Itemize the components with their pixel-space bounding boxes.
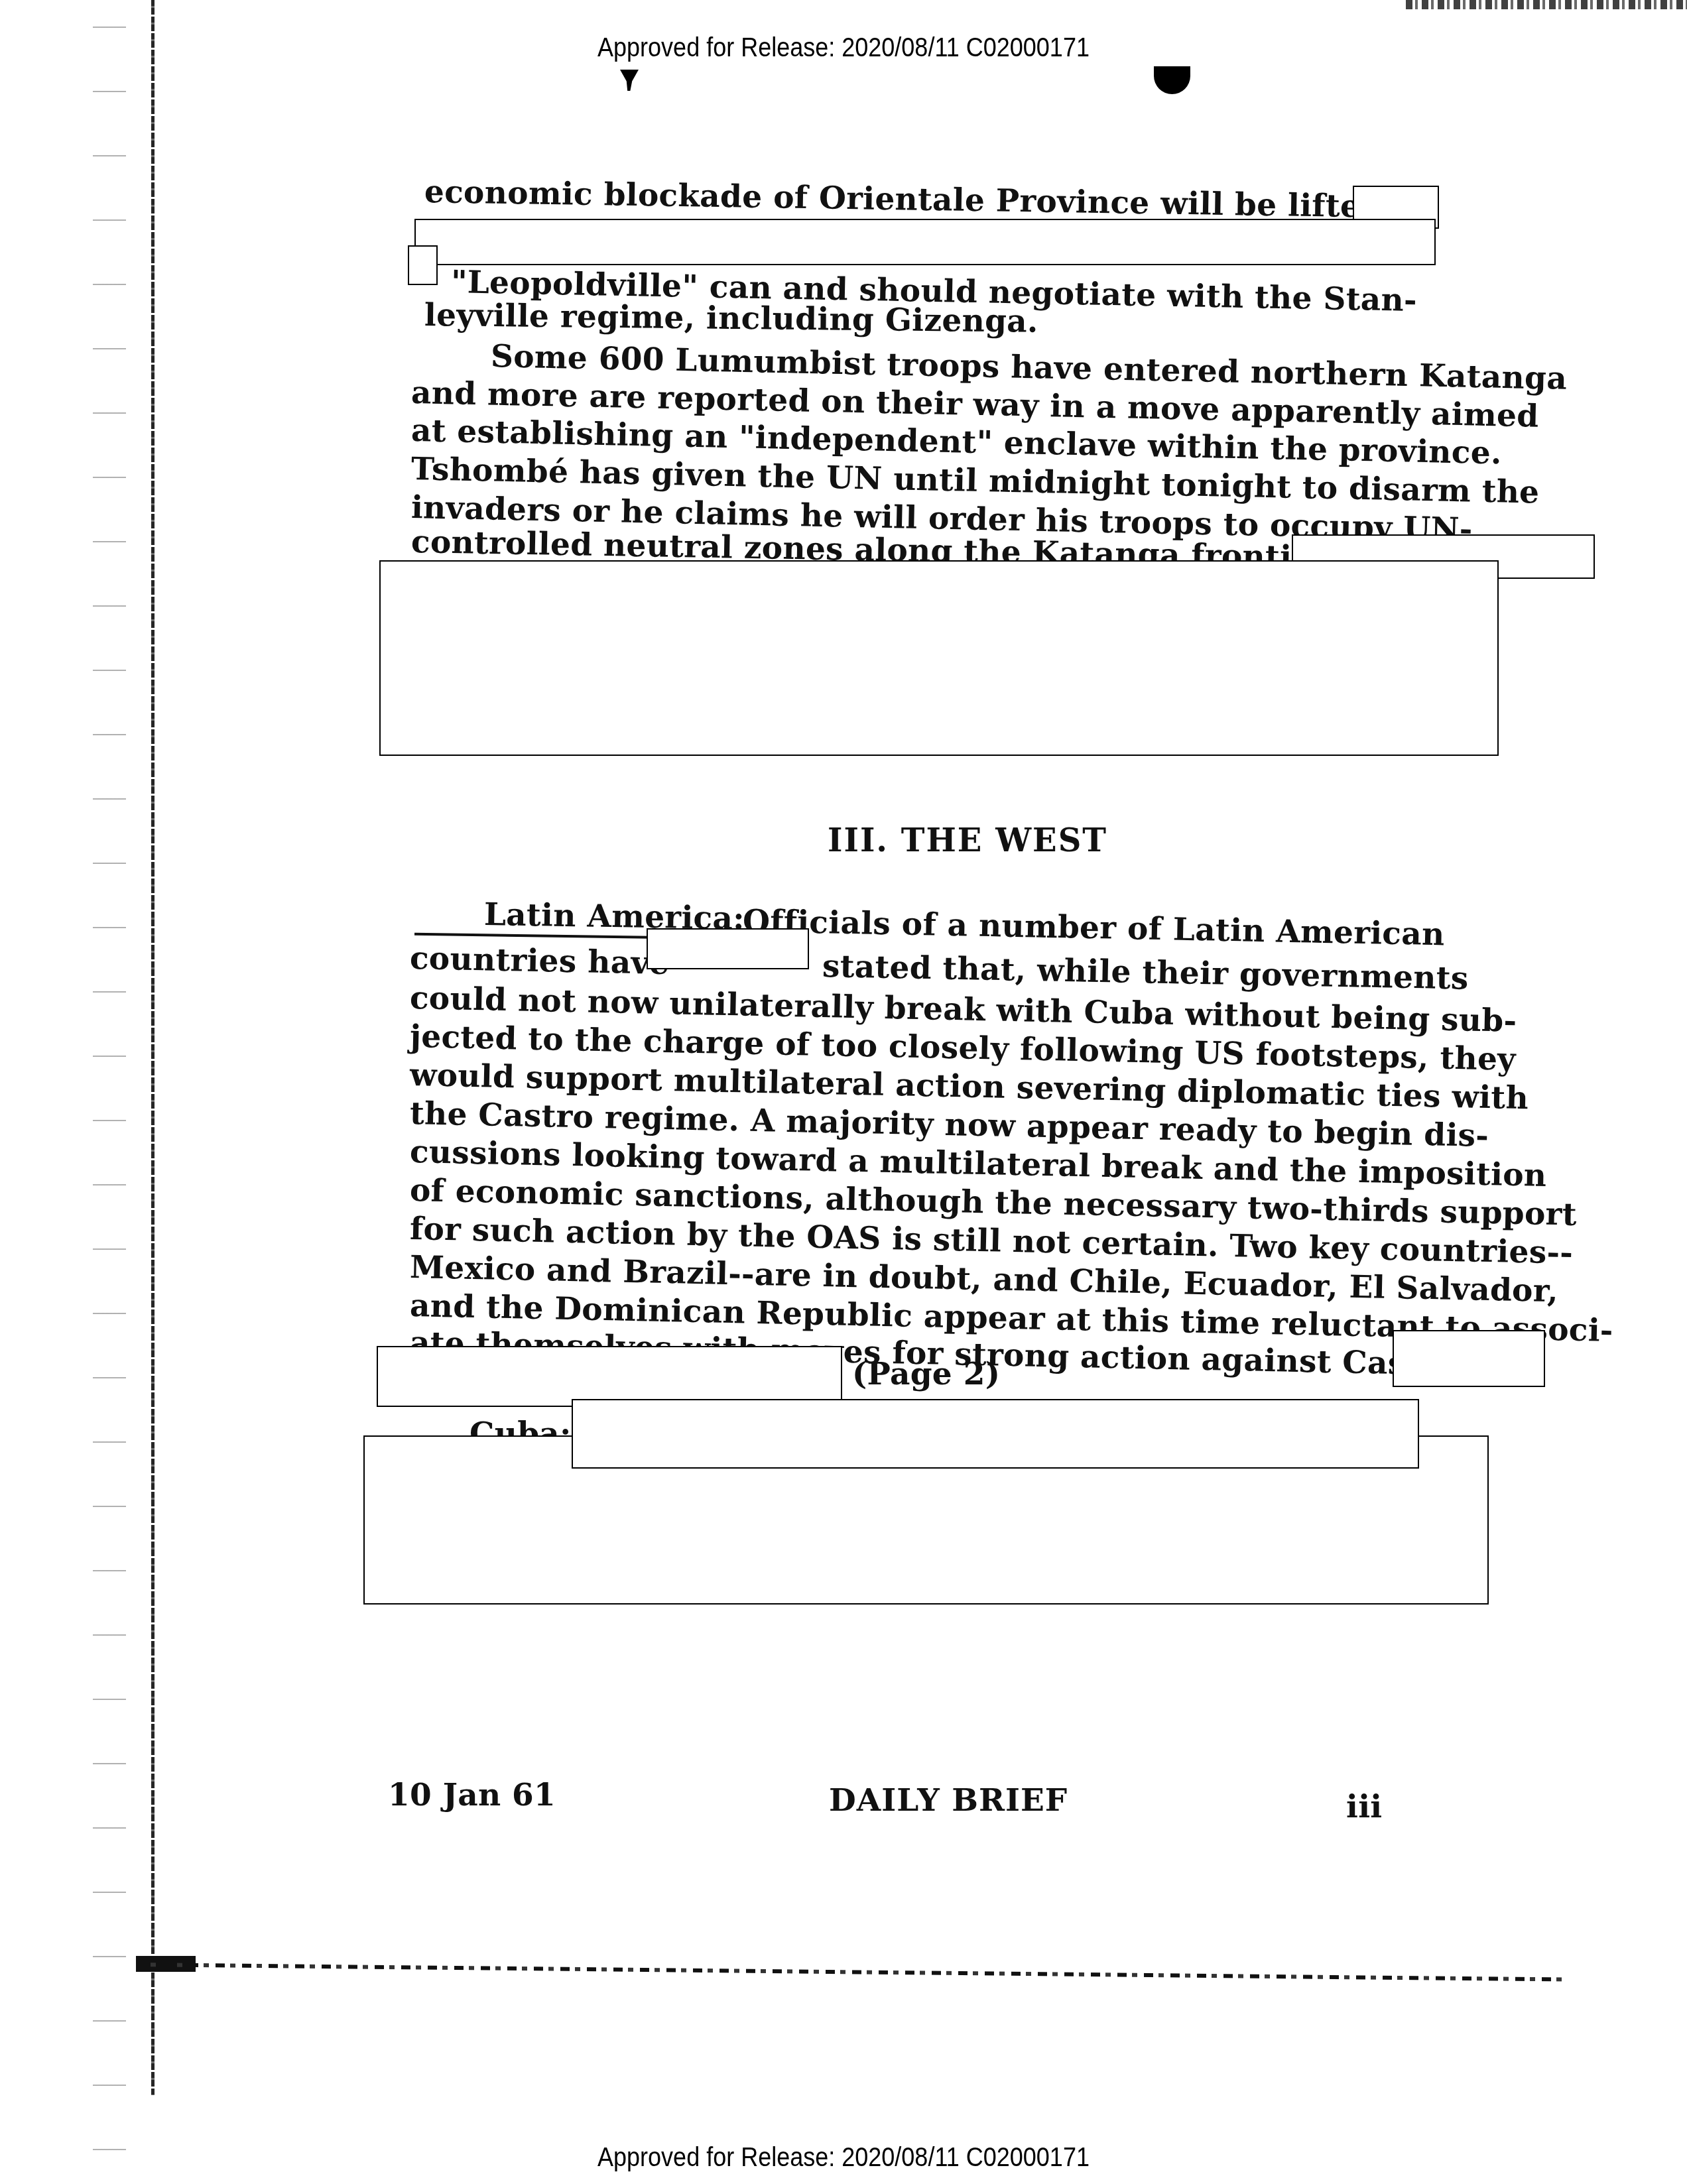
- body-line: countries have: [409, 940, 669, 982]
- section-heading: III. THE WEST: [828, 822, 1107, 859]
- redaction-box: [572, 1399, 1419, 1469]
- body-line: stated that, while their governments: [822, 948, 1469, 997]
- redaction-box: [408, 245, 438, 285]
- scan-edge-top: [1406, 0, 1687, 9]
- scan-edge-left: [151, 0, 155, 2095]
- redaction-box: [647, 928, 809, 969]
- redaction-box: [1393, 1330, 1545, 1387]
- body-line: leyville regime, including Gizenga.: [424, 297, 1038, 340]
- footer-date: 10 Jan 61: [388, 1777, 556, 1813]
- redaction-box: [377, 1346, 842, 1407]
- redaction-box: [379, 560, 1499, 756]
- scan-noise: [93, 0, 126, 2184]
- punch-mark-icon: [620, 70, 639, 91]
- footer-title: DAILY BRIEF: [829, 1782, 1068, 1819]
- page-reference: (Page 2): [852, 1356, 1000, 1392]
- redaction-box: [414, 219, 1436, 265]
- punch-mark-icon: [1154, 66, 1190, 94]
- body-line: economic blockade of Orientale Province …: [424, 174, 1383, 225]
- body-line: Officials of a number of Latin American: [742, 903, 1445, 953]
- release-stamp-bottom: Approved for Release: 2020/08/11 C020001…: [84, 2143, 1603, 2173]
- release-stamp-top: Approved for Release: 2020/08/11 C020001…: [84, 33, 1603, 63]
- footer-page-number: iii: [1346, 1789, 1382, 1825]
- document-page: Approved for Release: 2020/08/11 C020001…: [0, 0, 1687, 2184]
- scan-edge-bottom: [136, 1963, 1568, 1982]
